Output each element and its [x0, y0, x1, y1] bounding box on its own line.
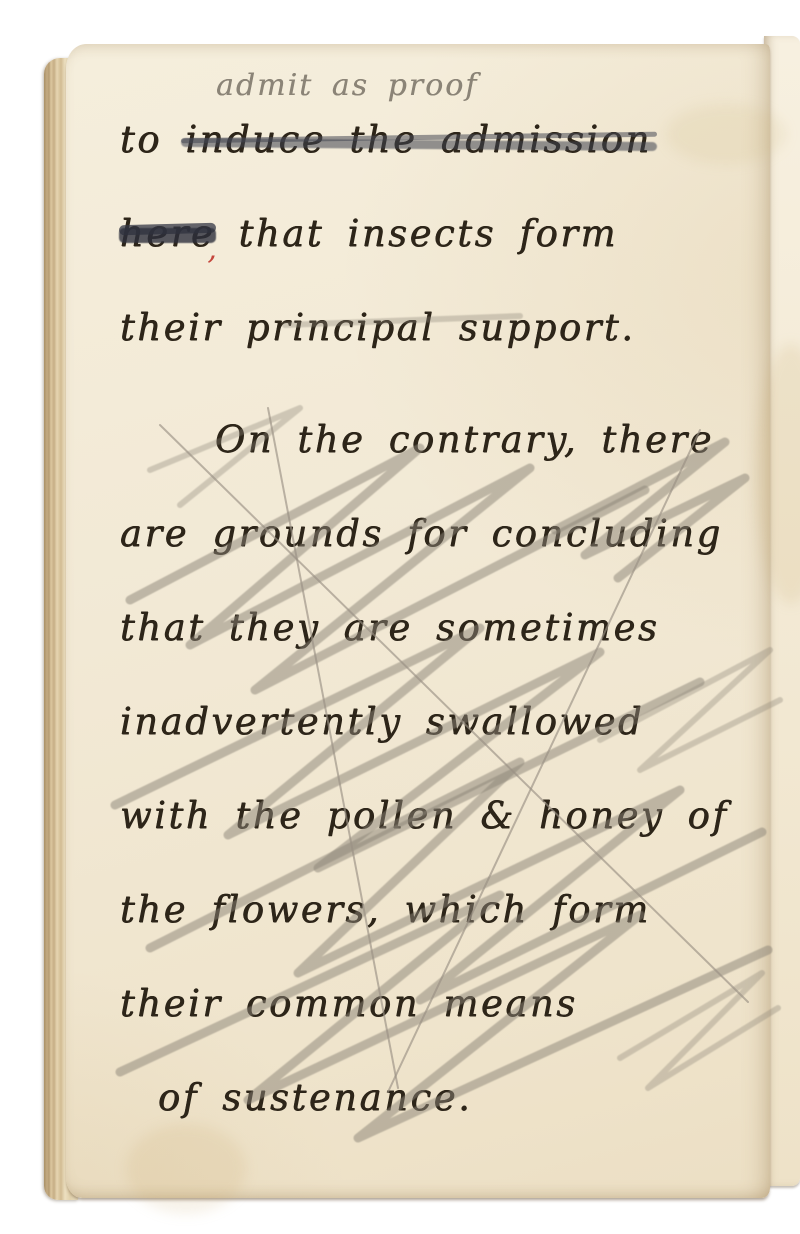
manuscript-line: the flowers, which form — [120, 888, 760, 982]
ink-text: their principal support. — [120, 306, 636, 349]
manuscript-line: inadvertently swallowed — [120, 700, 760, 794]
manuscript-line: to induce the admission — [120, 118, 760, 212]
ink-text: of sustenance. — [158, 1076, 472, 1119]
ink-text: with the pollen & honey of — [120, 794, 729, 837]
ink-text: inadvertently swallowed — [120, 700, 644, 743]
manuscript-line: are grounds for concluding — [120, 512, 760, 606]
ink-text: are grounds for concluding — [120, 512, 723, 555]
struck-text: here — [120, 212, 215, 255]
manuscript-lines: to induce the admissionhere, that insect… — [120, 118, 760, 1170]
manuscript-line: On the contrary, there — [120, 418, 760, 512]
pencil-insertion: admit as proof — [216, 68, 478, 103]
manuscript-line: of sustenance. — [120, 1076, 760, 1170]
ink-text: that they are sometimes — [120, 606, 659, 649]
red-comma: , — [207, 232, 219, 267]
manuscript-text: admit as proof to induce the admissionhe… — [120, 118, 760, 1170]
manuscript-line: that they are sometimes — [120, 606, 760, 700]
manuscript-line: here, that insects form — [120, 212, 760, 306]
ink-text: On the contrary, there — [215, 418, 714, 461]
manuscript-line: with the pollen & honey of — [120, 794, 760, 888]
ink-text: the flowers, which form — [120, 888, 651, 931]
ink-text: their common means — [120, 982, 578, 1025]
notebook-photo: admit as proof to induce the admissionhe… — [0, 0, 800, 1234]
manuscript-line: their common means — [120, 982, 760, 1076]
struck-text: induce the admission — [185, 118, 652, 161]
ink-text: that insects form — [215, 212, 618, 255]
manuscript-line: their principal support. — [120, 306, 760, 400]
ink-text: to — [120, 118, 185, 161]
